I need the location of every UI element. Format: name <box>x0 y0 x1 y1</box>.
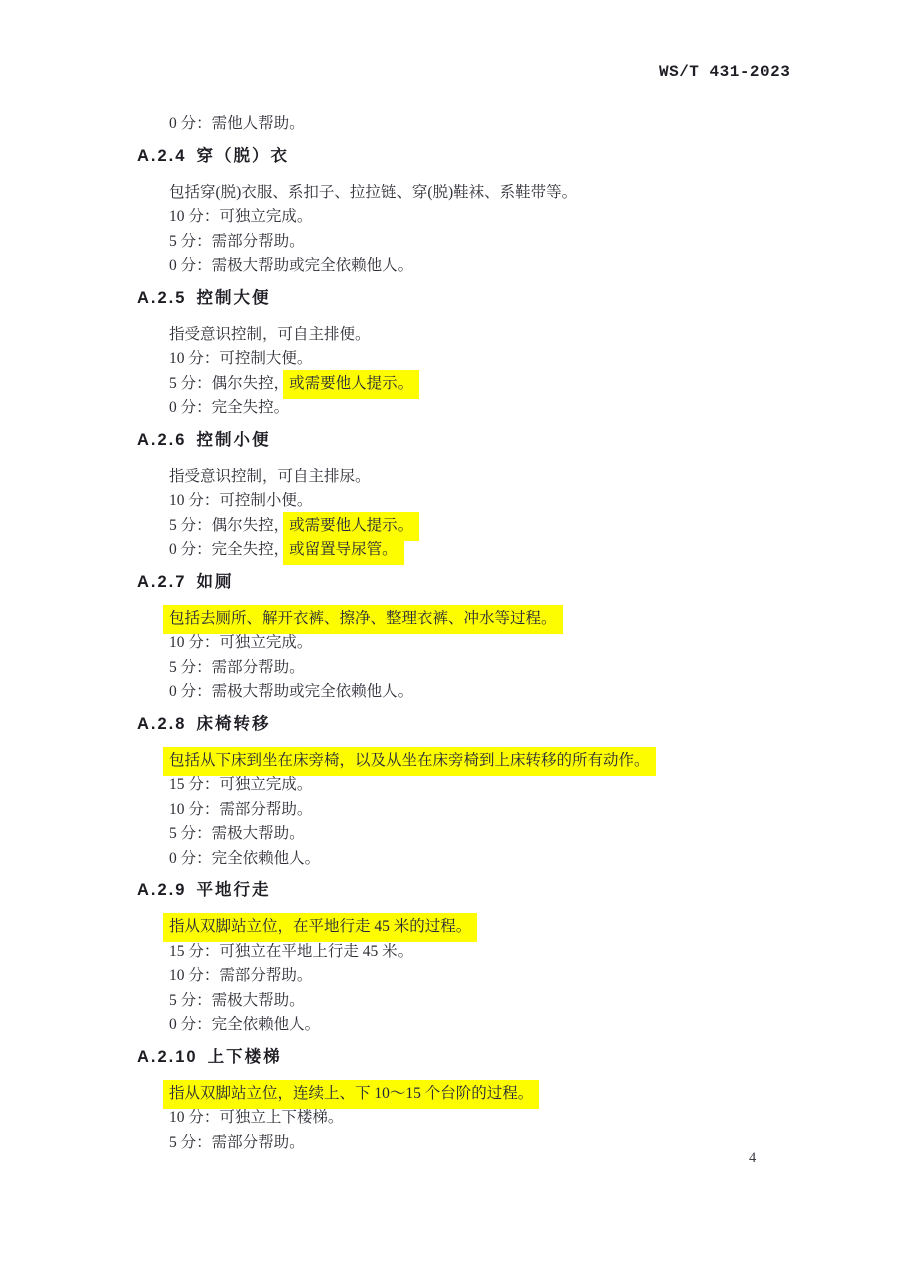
section-title: 床椅转移 <box>196 715 270 733</box>
text-segment: 10 分：可独立完成。 <box>169 208 312 225</box>
section-number: A.2.5 <box>137 289 186 307</box>
text-segment: 0 分：完全失控， <box>169 541 289 558</box>
text-segment: 10 分：需部分帮助。 <box>169 967 312 984</box>
text-segment: 10 分：可独立上下楼梯。 <box>169 1109 343 1126</box>
text-segment: 10 分：需部分帮助。 <box>169 801 312 818</box>
text-segment: 10 分：可控制大便。 <box>169 350 312 367</box>
highlighted-text: 指从双脚站立位，连续上、下 10～15 个台阶的过程。 <box>163 1080 539 1109</box>
text-segment: 0 分：需极大帮助或完全依赖他人。 <box>169 683 413 700</box>
text-segment: 指受意识控制，可自主排便。 <box>169 326 371 343</box>
section-heading: A.2.4穿（脱）衣 <box>137 144 860 169</box>
section-number: A.2.9 <box>137 881 186 899</box>
text-segment: 5 分：需部分帮助。 <box>169 659 305 676</box>
text-segment: 0 分：需极大帮助或完全依赖他人。 <box>169 257 413 274</box>
text-segment: 5 分：偶尔失控， <box>169 517 289 534</box>
text-segment: 15 分：可独立在平地上行走 45 米。 <box>169 943 413 960</box>
text-line: 指从双脚站立位，连续上、下 10～15 个台阶的过程。 <box>169 1082 860 1107</box>
text-line: 指受意识控制，可自主排便。 <box>169 323 860 348</box>
section-title: 上下楼梯 <box>208 1048 282 1066</box>
section-title: 平地行走 <box>196 881 270 899</box>
section-number: A.2.10 <box>137 1048 198 1066</box>
text-line: 10 分：可独立完成。 <box>169 205 860 230</box>
text-line: 0 分：完全依赖他人。 <box>169 1013 860 1038</box>
text-line: 包括去厕所、解开衣裤、擦净、整理衣裤、冲水等过程。 <box>169 607 860 632</box>
section-heading: A.2.5控制大便 <box>137 286 860 311</box>
text-line: 5 分：需极大帮助。 <box>169 822 860 847</box>
highlighted-text: 指从双脚站立位，在平地行走 45 米的过程。 <box>163 913 477 942</box>
section-number: A.2.7 <box>137 573 186 591</box>
section-number: A.2.8 <box>137 715 186 733</box>
section-title: 控制小便 <box>196 431 270 449</box>
text-segment: 5 分：需极大帮助。 <box>169 825 305 842</box>
section-number: A.2.4 <box>137 147 186 165</box>
text-segment: 0 分：完全依赖他人。 <box>169 850 320 867</box>
section-heading: A.2.7如厕 <box>137 570 860 595</box>
text-line: 10 分：可控制大便。 <box>169 347 860 372</box>
text-line: 5 分：需极大帮助。 <box>169 989 860 1014</box>
page-number: 4 <box>749 1150 756 1167</box>
text-segment: 5 分：需部分帮助。 <box>169 233 305 250</box>
text-segment: 0 分：完全依赖他人。 <box>169 1016 320 1033</box>
section-heading: A.2.10上下楼梯 <box>137 1045 860 1070</box>
text-line: 包括穿(脱)衣服、系扣子、拉拉链、穿(脱)鞋袜、系鞋带等。 <box>169 181 860 206</box>
highlighted-text: 包括从下床到坐在床旁椅，以及从坐在床旁椅到上床转移的所有动作。 <box>163 747 656 776</box>
highlighted-text: 或需要他人提示。 <box>283 370 419 399</box>
text-line: 5 分：偶尔失控，或需要他人提示。 <box>169 514 860 539</box>
text-line: 包括从下床到坐在床旁椅，以及从坐在床旁椅到上床转移的所有动作。 <box>169 749 860 774</box>
section-heading: A.2.8床椅转移 <box>137 712 860 737</box>
text-line: 0 分：需极大帮助或完全依赖他人。 <box>169 680 860 705</box>
text-segment: 10 分：可控制小便。 <box>169 492 312 509</box>
text-segment: 5 分：偶尔失控， <box>169 375 289 392</box>
text-segment: 0 分：需他人帮助。 <box>169 115 305 132</box>
text-line: 5 分：需部分帮助。 <box>169 230 860 255</box>
text-segment: 包括穿(脱)衣服、系扣子、拉拉链、穿(脱)鞋袜、系鞋带等。 <box>169 184 577 201</box>
text-segment: 5 分：需部分帮助。 <box>169 1134 305 1151</box>
text-line: 10 分：需部分帮助。 <box>169 798 860 823</box>
text-segment: 5 分：需极大帮助。 <box>169 992 305 1009</box>
text-line: 10 分：需部分帮助。 <box>169 964 860 989</box>
text-segment: 指受意识控制，可自主排尿。 <box>169 468 371 485</box>
text-segment: 0 分：完全失控。 <box>169 399 289 416</box>
highlighted-text: 包括去厕所、解开衣裤、擦净、整理衣裤、冲水等过程。 <box>163 605 563 634</box>
text-line: 指从双脚站立位，在平地行走 45 米的过程。 <box>169 915 860 940</box>
text-line: 10 分：可独立上下楼梯。 <box>169 1106 860 1131</box>
section-heading: A.2.6控制小便 <box>137 428 860 453</box>
text-line: 0 分：需他人帮助。 <box>169 112 860 137</box>
section-title: 控制大便 <box>196 289 270 307</box>
text-line: 5 分：需部分帮助。 <box>169 656 860 681</box>
text-segment: 10 分：可独立完成。 <box>169 634 312 651</box>
text-line: 0 分：完全失控。 <box>169 396 860 421</box>
section-heading: A.2.9平地行走 <box>137 878 860 903</box>
text-segment: 15 分：可独立完成。 <box>169 776 312 793</box>
text-line: 5 分：偶尔失控，或需要他人提示。 <box>169 372 860 397</box>
document-page: WS/T 431-2023 0 分：需他人帮助。A.2.4穿（脱）衣包括穿(脱)… <box>0 0 900 1272</box>
text-line: 指受意识控制，可自主排尿。 <box>169 465 860 490</box>
text-line: 0 分：完全失控，或留置导尿管。 <box>169 538 860 563</box>
text-line: 0 分：完全依赖他人。 <box>169 847 860 872</box>
text-line: 10 分：可控制小便。 <box>169 489 860 514</box>
section-number: A.2.6 <box>137 431 186 449</box>
text-line: 0 分：需极大帮助或完全依赖他人。 <box>169 254 860 279</box>
text-line: 5 分：需部分帮助。 <box>169 1131 860 1156</box>
text-line: 10 分：可独立完成。 <box>169 631 860 656</box>
text-line: 15 分：可独立完成。 <box>169 773 860 798</box>
text-line: 15 分：可独立在平地上行走 45 米。 <box>169 940 860 965</box>
highlighted-text: 或留置导尿管。 <box>283 536 404 565</box>
section-title: 如厕 <box>196 573 233 591</box>
section-title: 穿（脱）衣 <box>196 147 289 165</box>
document-content: 0 分：需他人帮助。A.2.4穿（脱）衣包括穿(脱)衣服、系扣子、拉拉链、穿(脱… <box>0 0 900 1155</box>
